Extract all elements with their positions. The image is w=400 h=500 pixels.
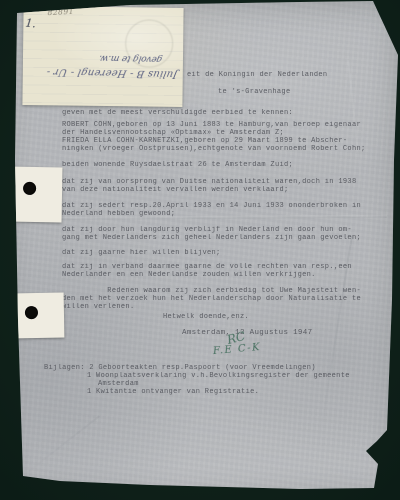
doc-body-line: dat zij in verband daarmee gaarne de vol… [62, 263, 352, 271]
doc-attachments-line: Bijlagen: 2 Geboorteakten resp.Paspoort … [44, 364, 316, 372]
doc-closing: Hetwelk doende,enz. [163, 313, 249, 321]
doc-dateline: Amsterdam, 12 Augustus 1947 [182, 329, 312, 337]
doc-body-line: den met het verzoek hun het Nederlanders… [62, 295, 361, 303]
punch-patch-top [8, 167, 63, 223]
doc-heading-city: te 's-Gravenhage [218, 88, 291, 96]
signature-initials-frieda: F.E C-K [213, 342, 262, 357]
doc-body-line: van deze nationaliteit vervallen werden … [62, 186, 289, 194]
doc-body-line: beiden wonende Ruysdaelstraat 26 te Amst… [62, 161, 293, 169]
handwriting-line: Julius B - Heerengl - Ur - [42, 64, 179, 81]
crease [12, 415, 100, 484]
document-paper: eit de Koningin der Nederlanden te 's-Gr… [0, 0, 400, 500]
doc-body-line: ningken (vroeger Oostpruisen),echtgenote… [62, 145, 366, 153]
doc-body-line: dat zij sedert resp.20.April 1933 en 14 … [62, 202, 361, 210]
photo-backdrop: eit de Koningin der Nederlanden te 's-Gr… [0, 0, 400, 500]
doc-body-line: ROBERT COHN,geboren op 13 Juni 1883 te H… [62, 121, 361, 129]
doc-body-line: FRIEDA ELLA COHN-KARNETZKI,geboren op 29… [62, 137, 347, 145]
doc-body-line: Nederland hebben gewoond; [62, 210, 175, 218]
punch-patch-bottom [11, 293, 65, 339]
pasted-note-slip: 82891 1. Julius B - Heerengl - Ur - gevo… [22, 6, 183, 107]
doc-body-line: Redenen waarom zij zich eerbiedig tot Uw… [62, 287, 361, 295]
doc-body-line: Nederlander en een Nederlandse zouden wi… [62, 271, 316, 279]
pencil-number: 82891 [47, 7, 74, 18]
punch-hole-icon [23, 182, 36, 195]
doc-body-line: der Handelsvennootschap «Optimax» te Ams… [62, 129, 284, 137]
upside-down-handwriting: Julius B - Heerengl - Ur - gevolg te m.w… [42, 50, 181, 81]
doc-salutation: geven met de meest verschuldigde eerbied… [62, 109, 293, 117]
margin-pen-mark: 1. [25, 17, 37, 31]
doc-body-line: gang met Nederlanders zich geheel Nederl… [62, 234, 361, 242]
doc-attachments-line: 1 Woonplaatsverklaring v.h.Bevolkingsreg… [87, 372, 350, 380]
doc-heading-majesty: eit de Koningin der Nederlanden [187, 71, 327, 79]
punch-hole-icon [25, 306, 38, 319]
doc-body-line: dat zij gaarne hier willen blijven; [62, 249, 221, 257]
doc-body-line: dat zij van oorsprong van Duitse nationa… [62, 178, 357, 186]
doc-attachments-line: Amsterdam [98, 380, 139, 388]
doc-body-line: willen verlenen. [62, 303, 135, 311]
doc-attachments-line: 1 Kwitantie ontvanger van Registratie. [87, 388, 259, 396]
crease [347, 60, 365, 209]
doc-body-line: dat zij door hun langdurig verblijf in N… [62, 226, 352, 234]
